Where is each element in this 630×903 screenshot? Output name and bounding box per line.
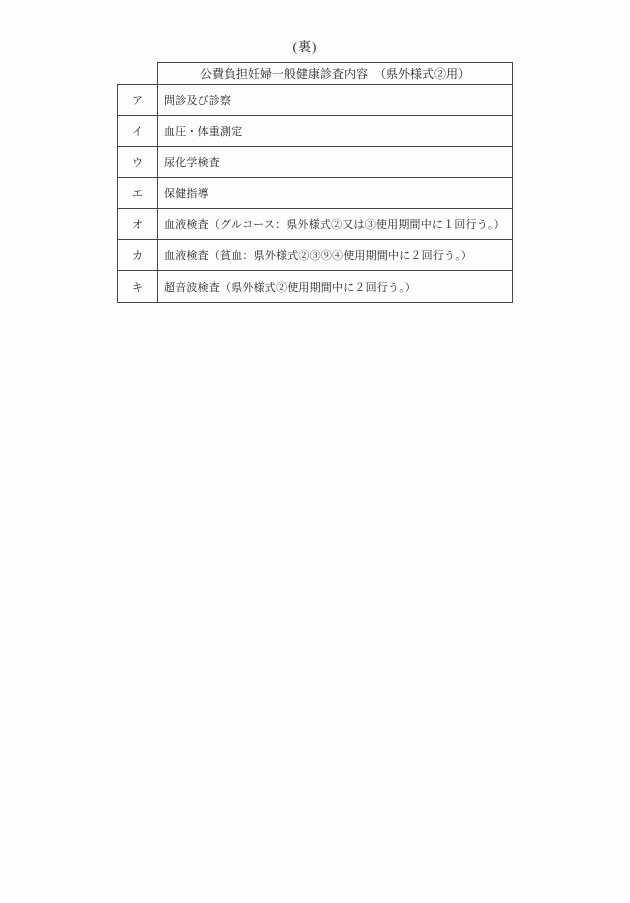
- table-row: エ 保健指導: [118, 178, 512, 209]
- table-row: オ 血液検査（グルコース：県外様式②又は③使用期間中に１回行う。）: [118, 209, 512, 240]
- row-content: 尿化学検査: [158, 147, 512, 177]
- table-header-cell: 公費負担妊婦一般健康診査内容 （県外様式②用）: [157, 62, 513, 84]
- row-content: 超音波検査（県外様式②使用期間中に２回行う。）: [158, 271, 512, 302]
- row-label: キ: [118, 271, 158, 302]
- table-row: カ 血液検査（貧血：県外様式②③⑨④使用期間中に２回行う。）: [118, 240, 512, 271]
- table-row: イ 血圧・体重測定: [118, 116, 512, 147]
- table-row: ウ 尿化学検査: [118, 147, 512, 178]
- row-content: 血液検査（貧血：県外様式②③⑨④使用期間中に２回行う。）: [158, 240, 512, 270]
- row-label: ア: [118, 85, 158, 115]
- row-content: 血液検査（グルコース：県外様式②又は③使用期間中に１回行う。）: [158, 209, 512, 239]
- row-label: イ: [118, 116, 158, 146]
- row-label: オ: [118, 209, 158, 239]
- row-content: 問診及び診察: [158, 85, 512, 115]
- document-page: (裏) 公費負担妊婦一般健康診査内容 （県外様式②用） ア 問診及び診察 イ 血…: [0, 0, 630, 903]
- row-label: エ: [118, 178, 158, 208]
- page-side-label: (裏): [0, 36, 610, 55]
- table-row: キ 超音波検査（県外様式②使用期間中に２回行う。）: [118, 271, 512, 302]
- table-body: ア 問診及び診察 イ 血圧・体重測定 ウ 尿化学検査 エ 保健指導 オ 血液検査…: [117, 84, 513, 303]
- row-content: 血圧・体重測定: [158, 116, 512, 146]
- checkup-content-table: 公費負担妊婦一般健康診査内容 （県外様式②用） ア 問診及び診察 イ 血圧・体重…: [117, 62, 513, 303]
- row-content: 保健指導: [158, 178, 512, 208]
- table-row: ア 問診及び診察: [118, 85, 512, 116]
- row-label: カ: [118, 240, 158, 270]
- row-label: ウ: [118, 147, 158, 177]
